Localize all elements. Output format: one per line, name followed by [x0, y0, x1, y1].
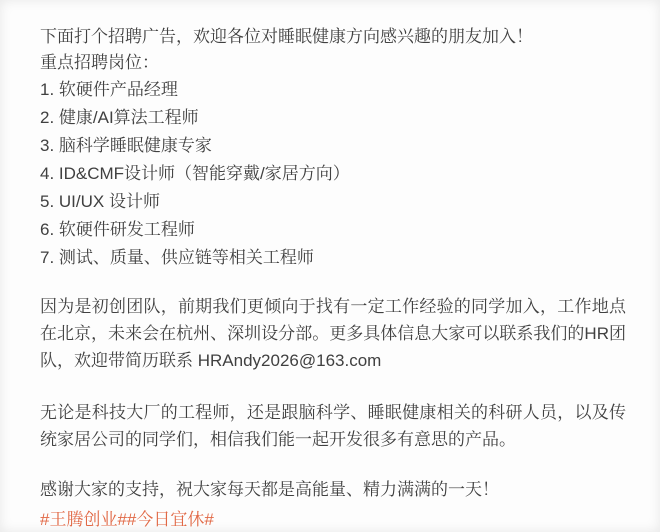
post-intro-text: 下面打个招聘广告，欢迎各位对睡眠健康方向感兴趣的朋友加入！ — [40, 24, 626, 50]
position-item-1: 1. 软硬件产品经理 — [40, 76, 626, 104]
position-item-2: 2. 健康/AI算法工程师 — [40, 104, 626, 132]
contact-email: HRAndy2026@163.com — [198, 351, 382, 370]
post-page: 下面打个招聘广告，欢迎各位对睡眠健康方向感兴趣的朋友加入！ 重点招聘岗位： 1.… — [0, 0, 660, 532]
position-item-4: 4. ID&CMF设计师（智能穿戴/家居方向） — [40, 160, 626, 188]
hashtag-jinri-yixiu[interactable]: #今日宜休# — [127, 510, 214, 529]
hashtag-wangteng-chuangye[interactable]: #王腾创业# — [40, 510, 127, 529]
position-item-3: 3. 脑科学睡眠健康专家 — [40, 132, 626, 160]
thanks-line: 感谢大家的支持，祝大家每天都是高能量、精力满满的一天！ — [40, 476, 626, 503]
position-item-7: 7. 测试、质量、供应链等相关工程师 — [40, 244, 626, 272]
post-body: 下面打个招聘广告，欢迎各位对睡眠健康方向感兴趣的朋友加入！ 重点招聘岗位： 1.… — [40, 24, 626, 532]
positions-heading: 重点招聘岗位： — [40, 50, 626, 76]
welcome-paragraph: 无论是科技大厂的工程师，还是跟脑科学、睡眠健康相关的科研人员，以及传统家居公司的… — [40, 399, 626, 453]
hashtag-row: #王腾创业##今日宜休# — [40, 506, 626, 532]
team-paragraph: 因为是初创团队，前期我们更倾向于找有一定工作经验的同学加入，工作地点在北京，未来… — [40, 293, 626, 374]
position-item-6: 6. 软硬件研发工程师 — [40, 216, 626, 244]
position-item-5: 5. UI/UX 设计师 — [40, 188, 626, 216]
